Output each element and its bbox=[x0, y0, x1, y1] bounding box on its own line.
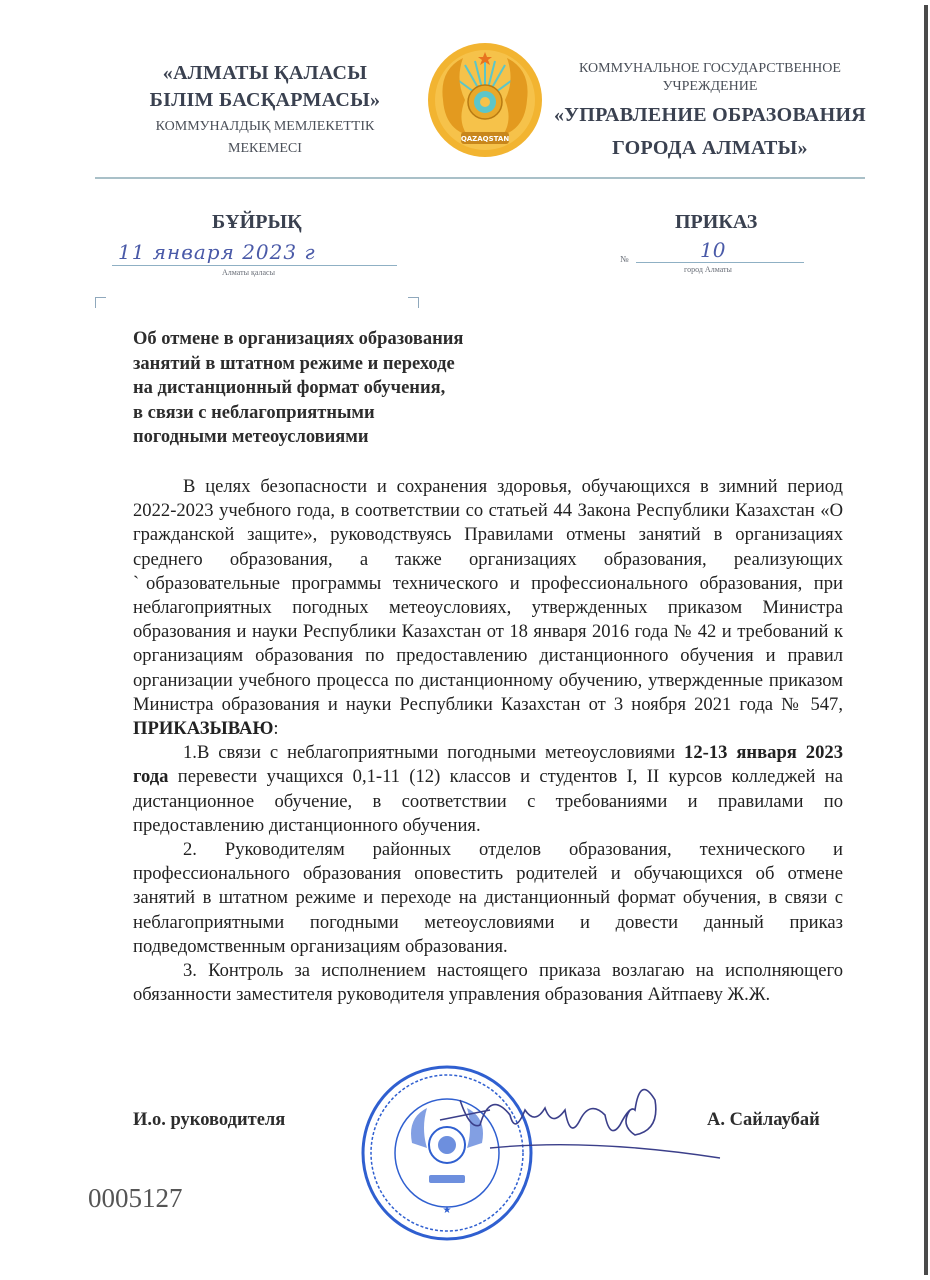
order-body: В целях безопасности и сохранения здоров… bbox=[133, 475, 843, 1007]
subject-line: погодными метеоусловиями bbox=[133, 425, 533, 450]
org-title-ru-line2: ГОРОДА АЛМАТЫ» bbox=[545, 135, 875, 162]
preamble-text: В целях безопасности и сохранения здоров… bbox=[133, 476, 843, 715]
item-number: 1. bbox=[183, 742, 197, 763]
bracket-top-right bbox=[408, 297, 419, 308]
order-word: ПРИКАЗЫВАЮ bbox=[133, 718, 273, 739]
item-number: 3. bbox=[183, 960, 197, 981]
subject-line: в связи с неблагоприятными bbox=[133, 401, 533, 426]
org-subtitle-kz-line1: КОММУНАЛДЫҚ МЕМЛЕКЕТТІК bbox=[100, 117, 430, 136]
order-subject: Об отмене в организациях образования зан… bbox=[133, 327, 533, 450]
bracket-top-left bbox=[95, 297, 106, 308]
item-number: 2. bbox=[183, 839, 197, 860]
header-right-ru: КОММУНАЛЬНОЕ ГОСУДАРСТВЕННОЕ УЧРЕЖДЕНИЕ … bbox=[545, 60, 875, 162]
number-underline bbox=[636, 262, 804, 263]
order-item-2: 2. Руководителям районных отделов образо… bbox=[133, 838, 843, 959]
order-number-label: № bbox=[620, 254, 629, 264]
handwritten-signature bbox=[430, 1080, 730, 1175]
scan-edge bbox=[924, 5, 928, 1275]
order-date: 11 января 2023 г bbox=[118, 240, 316, 264]
order-colon: : bbox=[273, 718, 278, 739]
order-type-kz: БҰЙРЫҚ bbox=[212, 211, 302, 234]
item-text: Руководителям районных отделов образован… bbox=[133, 839, 843, 957]
place-kz: Алматы қаласы bbox=[222, 268, 275, 277]
place-ru: город Алматы bbox=[684, 265, 732, 274]
preamble: В целях безопасности и сохранения здоров… bbox=[133, 475, 843, 741]
org-subtitle-ru-line2: УЧРЕЖДЕНИЕ bbox=[545, 78, 875, 96]
date-underline bbox=[112, 265, 397, 266]
order-type-ru: ПРИКАЗ bbox=[675, 211, 757, 234]
org-title-ru-line1: «УПРАВЛЕНИЕ ОБРАЗОВАНИЯ bbox=[545, 102, 875, 129]
signatory-position: И.о. руководителя bbox=[133, 1110, 285, 1131]
subject-line: на дистанционный формат обучения, bbox=[133, 376, 533, 401]
svg-text:★: ★ bbox=[443, 1205, 452, 1216]
org-title-kz-line2: БІЛІМ БАСҚАРМАСЫ» bbox=[100, 87, 430, 114]
subject-line: Об отмене в организациях образования bbox=[133, 327, 533, 352]
org-title-kz-line1: «АЛМАТЫ ҚАЛАСЫ bbox=[100, 60, 430, 87]
order-item-1: 1.В связи с неблагоприятными погодными м… bbox=[133, 741, 843, 838]
item-text-pre: В связи с неблагоприятными погодными мет… bbox=[197, 742, 684, 763]
item-text: Контроль за исполнением настоящего прика… bbox=[133, 960, 843, 1005]
org-subtitle-ru-line1: КОММУНАЛЬНОЕ ГОСУДАРСТВЕННОЕ bbox=[545, 60, 875, 78]
emblem-label: QAZAQSTAN bbox=[461, 135, 510, 143]
coat-of-arms-icon: QAZAQSTAN bbox=[425, 40, 545, 160]
item-text-post: перевести учащихся 0,1-11 (12) классов и… bbox=[133, 766, 843, 835]
order-number: 10 bbox=[700, 238, 725, 262]
subject-line: занятий в штатном режиме и переходе bbox=[133, 352, 533, 377]
order-item-3: 3. Контроль за исполнением настоящего пр… bbox=[133, 959, 843, 1007]
header-left-kz: «АЛМАТЫ ҚАЛАСЫ БІЛІМ БАСҚАРМАСЫ» КОММУНА… bbox=[100, 60, 430, 158]
org-subtitle-kz-line2: МЕКЕМЕСІ bbox=[100, 139, 430, 158]
header-divider bbox=[95, 177, 865, 179]
serial-number: 0005127 bbox=[88, 1183, 183, 1214]
